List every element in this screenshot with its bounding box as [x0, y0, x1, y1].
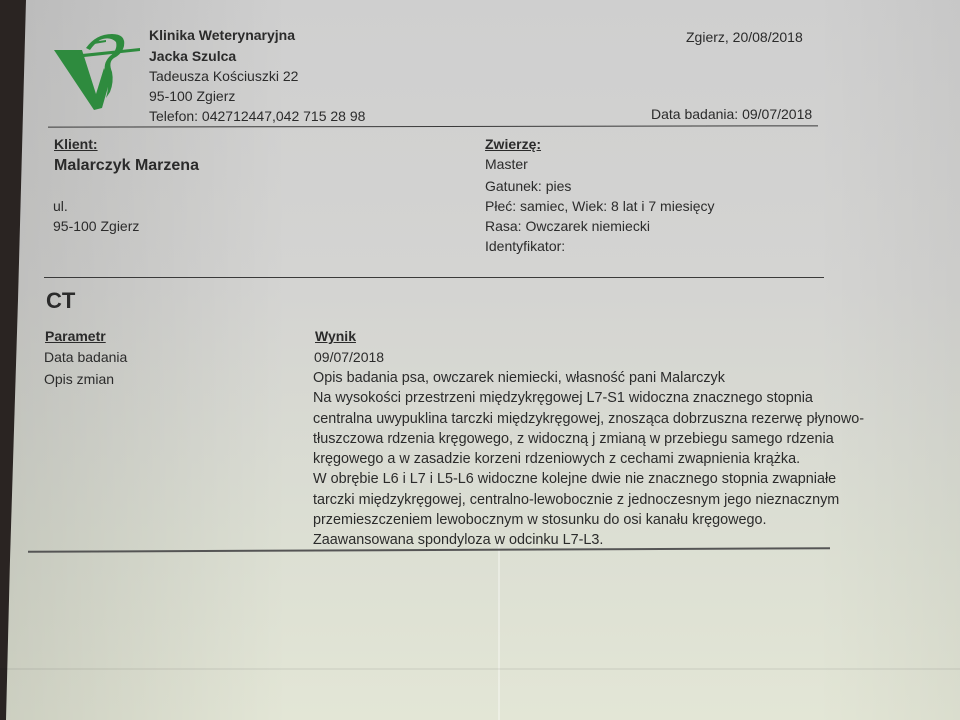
description-line: tłuszczowa rdzenia kręgowego, z widoczną… — [313, 429, 864, 449]
description-line: W obrębie L6 i L7 i L5-L6 widoczne kolej… — [313, 469, 864, 489]
description-line: przemieszczeniem lewobocznym w stosunku … — [313, 510, 864, 530]
clinic-street: Tadeusza Kościuszki 22 — [149, 66, 298, 86]
description-line: kręgowego a w zasadzie korzeni rdzeniowy… — [313, 449, 864, 469]
document-paper — [0, 0, 960, 720]
clinic-phone: Telefon: 042712447,042 715 28 98 — [149, 106, 365, 126]
animal-sex-age: Płeć: samiec, Wiek: 8 lat i 7 miesięcy — [485, 196, 715, 216]
description-line: centralna uwypuklina tarczki międzykręgo… — [313, 409, 864, 429]
client-name: Malarczyk Marzena — [54, 155, 199, 177]
result-description: Opis badania psa, owczarek niemiecki, wł… — [313, 368, 864, 551]
client-city: 95-100 Zgierz — [53, 216, 139, 236]
divider-patient — [44, 277, 824, 278]
column-header-parameter: Parametr — [45, 326, 106, 346]
result-exam-date: 09/07/2018 — [314, 347, 384, 367]
param-description: Opis zmian — [44, 369, 114, 389]
clinic-city: 95-100 Zgierz — [149, 86, 235, 106]
animal-label: Zwierzę: — [485, 134, 541, 154]
description-line: Na wysokości przestrzeni międzykręgowej … — [313, 388, 864, 408]
veterinary-logo-icon — [52, 28, 144, 112]
column-header-result: Wynik — [315, 326, 356, 346]
animal-breed: Rasa: Owczarek niemiecki — [485, 216, 650, 236]
description-line: tarczki międzykręgowej, centralno-lewobo… — [313, 490, 864, 510]
paper-fold-vertical — [498, 540, 500, 720]
place-date: Zgierz, 20/08/2018 — [686, 27, 803, 47]
paper-fold-horizontal — [0, 668, 960, 670]
clinic-name: Klinika Weterynaryjna — [149, 25, 295, 45]
exam-title: CT — [46, 288, 75, 314]
animal-identifier: Identyfikator: — [485, 236, 565, 256]
animal-species: Gatunek: pies — [485, 176, 571, 196]
animal-name: Master — [485, 154, 528, 174]
description-line: Opis badania psa, owczarek niemiecki, wł… — [313, 368, 864, 388]
client-street: ul. — [53, 196, 68, 216]
client-label: Klient: — [54, 134, 98, 154]
clinic-owner: Jacka Szulca — [149, 46, 236, 66]
param-exam-date: Data badania — [44, 347, 127, 367]
exam-date-header: Data badania: 09/07/2018 — [651, 104, 812, 124]
